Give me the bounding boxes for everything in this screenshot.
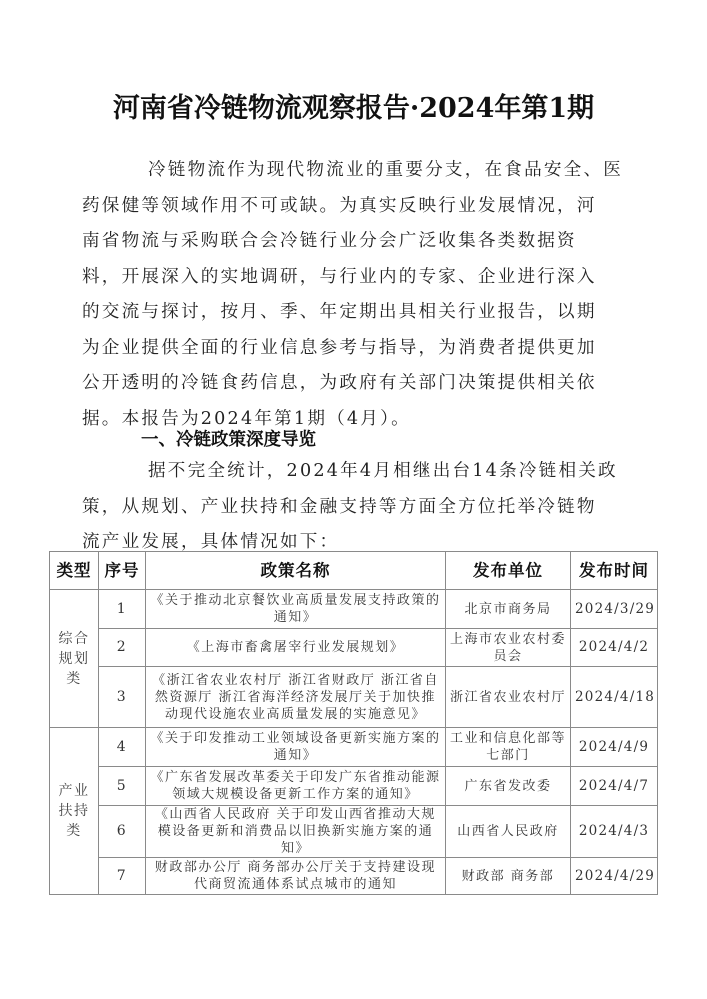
row-no: 3 <box>99 667 146 728</box>
issuer: 工业和信息化部等七部门 <box>446 728 571 767</box>
header-issuer: 发布单位 <box>446 552 571 590</box>
section-heading: 一、冷链政策深度导览 <box>141 426 316 451</box>
table-row: 5 《广东省发展改革委关于印发广东省推动能源领域大规模设备更新工作方案的通知》 … <box>50 767 658 806</box>
intro-line: 公开透明的冷链食药信息，为政府有关部门决策提供相关依 <box>82 366 627 402</box>
issuer: 北京市商务局 <box>446 590 571 629</box>
issuer: 广东省发改委 <box>446 767 571 806</box>
intro-line: 冷链物流作为现代物流业的重要分支，在食品安全、医 <box>82 153 627 189</box>
issuer: 浙江省农业农村厅 <box>446 667 571 728</box>
issue-date: 2024/4/29 <box>571 858 658 895</box>
policy-name: 《关于推动北京餐饮业高质量发展支持政策的通知》 <box>146 590 446 629</box>
section-paragraph: 据不完全统计，2024年4月相继出台14条冷链相关政 策，从规划、产业扶持和金融… <box>82 454 627 561</box>
policy-name: 《山西省人民政府 关于印发山西省推动大规模设备更新和消费品以旧换新实施方案的通知… <box>146 806 446 858</box>
intro-line: 南省物流与采购联合会冷链行业分会广泛收集各类数据资 <box>82 224 627 260</box>
category-line: 产业 <box>54 781 94 801</box>
issue-date: 2024/4/7 <box>571 767 658 806</box>
category-line: 综合 <box>54 629 94 649</box>
table-row: 产业 扶持 类 4 《关于印发推动工业领域设备更新实施方案的通知》 工业和信息化… <box>50 728 658 767</box>
table-header-row: 类型 序号 政策名称 发布单位 发布时间 <box>50 552 658 590</box>
intro-line: 为企业提供全面的行业信息参考与指导，为消费者提供更加 <box>82 331 627 367</box>
category-line: 类 <box>54 669 94 689</box>
document-title: 河南省冷链物流观察报告·2024年第1期 <box>0 86 707 125</box>
policy-name: 财政部办公厅 商务部办公厅关于支持建设现代商贸流通体系试点城市的通知 <box>146 858 446 895</box>
row-no: 7 <box>99 858 146 895</box>
header-no: 序号 <box>99 552 146 590</box>
table-row: 综合 规划 类 1 《关于推动北京餐饮业高质量发展支持政策的通知》 北京市商务局… <box>50 590 658 629</box>
category-cell: 产业 扶持 类 <box>50 728 99 895</box>
row-no: 2 <box>99 629 146 667</box>
intro-paragraph: 冷链物流作为现代物流业的重要分支，在食品安全、医 药保健等领域作用不可或缺。为真… <box>82 153 627 437</box>
table-row: 2 《上海市畜禽屠宰行业发展规划》 上海市农业农村委员会 2024/4/2 <box>50 629 658 667</box>
row-no: 5 <box>99 767 146 806</box>
issue-date: 2024/4/9 <box>571 728 658 767</box>
intro-line: 的交流与探讨，按月、季、年定期出具相关行业报告，以期 <box>82 295 627 331</box>
issue-date: 2024/4/3 <box>571 806 658 858</box>
category-cell: 综合 规划 类 <box>50 590 99 728</box>
header-policy-name: 政策名称 <box>146 552 446 590</box>
category-line: 扶持 <box>54 801 94 821</box>
table-row: 7 财政部办公厅 商务部办公厅关于支持建设现代商贸流通体系试点城市的通知 财政部… <box>50 858 658 895</box>
issue-date: 2024/4/2 <box>571 629 658 667</box>
header-type: 类型 <box>50 552 99 590</box>
issuer: 财政部 商务部 <box>446 858 571 895</box>
row-no: 1 <box>99 590 146 629</box>
section-line: 策，从规划、产业扶持和金融支持等方面全方位托举冷链物 <box>82 490 627 526</box>
issuer: 上海市农业农村委员会 <box>446 629 571 667</box>
policy-name: 《浙江省农业农村厅 浙江省财政厅 浙江省自然资源厅 浙江省海洋经济发展厅关于加快… <box>146 667 446 728</box>
row-no: 4 <box>99 728 146 767</box>
issue-date: 2024/4/18 <box>571 667 658 728</box>
intro-line: 药保健等领域作用不可或缺。为真实反映行业发展情况，河 <box>82 189 627 225</box>
row-no: 6 <box>99 806 146 858</box>
policy-name: 《关于印发推动工业领域设备更新实施方案的通知》 <box>146 728 446 767</box>
table-row: 6 《山西省人民政府 关于印发山西省推动大规模设备更新和消费品以旧换新实施方案的… <box>50 806 658 858</box>
section-line: 据不完全统计，2024年4月相继出台14条冷链相关政 <box>82 454 627 490</box>
header-date: 发布时间 <box>571 552 658 590</box>
category-line: 规划 <box>54 649 94 669</box>
intro-line: 料，开展深入的实地调研，与行业内的专家、企业进行深入 <box>82 260 627 296</box>
policy-name: 《广东省发展改革委关于印发广东省推动能源领域大规模设备更新工作方案的通知》 <box>146 767 446 806</box>
policy-table: 类型 序号 政策名称 发布单位 发布时间 综合 规划 类 1 《关于推动北京餐饮… <box>49 551 658 895</box>
category-line: 类 <box>54 821 94 841</box>
issue-date: 2024/3/29 <box>571 590 658 629</box>
policy-name: 《上海市畜禽屠宰行业发展规划》 <box>146 629 446 667</box>
issuer: 山西省人民政府 <box>446 806 571 858</box>
table-row: 3 《浙江省农业农村厅 浙江省财政厅 浙江省自然资源厅 浙江省海洋经济发展厅关于… <box>50 667 658 728</box>
